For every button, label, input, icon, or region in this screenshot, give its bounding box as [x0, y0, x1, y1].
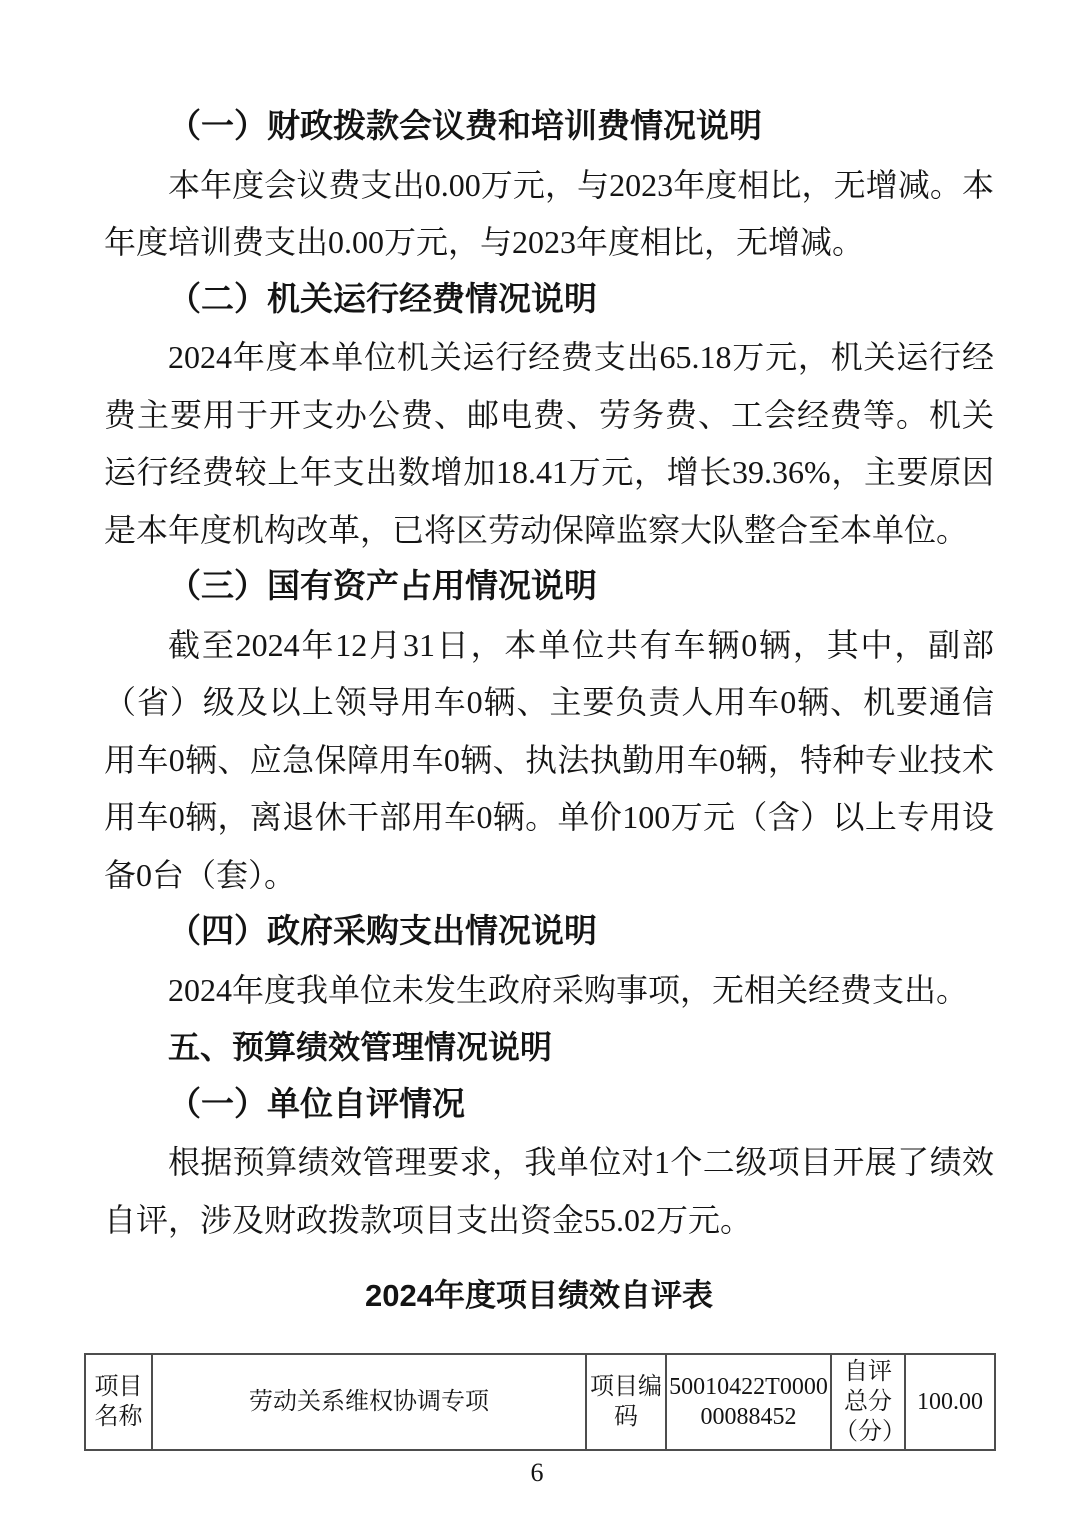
paragraph-meeting-training-fees: 本年度会议费支出0.00万元，与2023年度相比，无增减。本年度培训费支出0.0…	[104, 157, 994, 272]
section-heading-meeting-training-fees: （一）财政拨款会议费和培训费情况说明	[104, 99, 994, 157]
table-row: 项目名称 劳动关系维权协调专项 项目编码 50010422T0000000884…	[85, 1354, 995, 1450]
paragraph-operating-expenses: 2024年度本单位机关运行经费支出65.18万元，机关运行经费主要用于开支办公费…	[104, 329, 994, 559]
self-evaluation-table: 项目名称 劳动关系维权协调专项 项目编码 50010422T0000000884…	[84, 1353, 996, 1451]
paragraph-government-procurement: 2024年度我单位未发生政府采购事项，无相关经费支出。	[104, 962, 994, 1020]
paragraph-self-evaluation: 根据预算绩效管理要求，我单位对1个二级项目开展了绩效自评，涉及财政拨款项目支出资…	[104, 1134, 994, 1249]
cell-project-name-value: 劳动关系维权协调专项	[152, 1354, 586, 1450]
paragraph-state-assets: 截至2024年12月31日，本单位共有车辆0辆，其中，副部（省）级及以上领导用车…	[104, 617, 994, 905]
table-title: 2024年度项目绩效自评表	[84, 1275, 994, 1317]
document-page: （一）财政拨款会议费和培训费情况说明 本年度会议费支出0.00万元，与2023年…	[0, 0, 1074, 1451]
section-heading-government-procurement: （四）政府采购支出情况说明	[104, 904, 994, 962]
section-heading-operating-expenses: （二）机关运行经费情况说明	[104, 272, 994, 330]
section-heading-budget-performance: 五、预算绩效管理情况说明	[104, 1019, 994, 1077]
section-heading-state-assets: （三）国有资产占用情况说明	[104, 559, 994, 617]
page-number: 6	[0, 1458, 1074, 1488]
section-heading-self-evaluation: （一）单位自评情况	[104, 1077, 994, 1135]
cell-project-code-label: 项目编码	[586, 1354, 666, 1450]
cell-project-code-value: 50010422T000000088452	[666, 1354, 831, 1450]
cell-score-value: 100.00	[905, 1354, 995, 1450]
cell-project-name-label: 项目名称	[85, 1354, 152, 1450]
cell-score-label: 自评总分（分）	[831, 1354, 905, 1450]
